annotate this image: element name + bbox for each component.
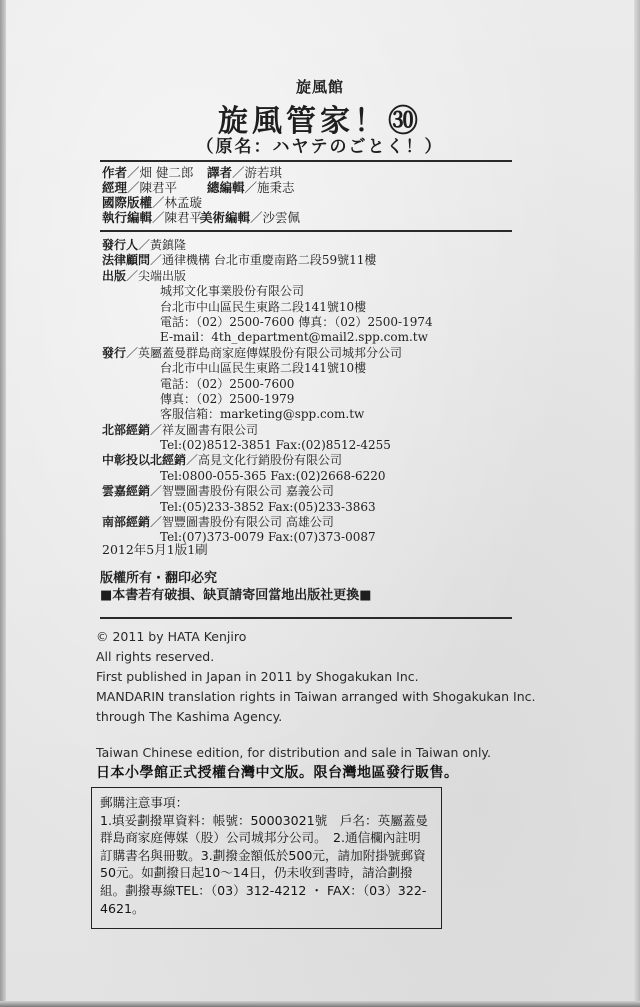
distributor-north: 北部經銷／祥友圖書有限公司 xyxy=(102,423,433,438)
colophon-page: 旋風館 旋風管家！㉚ （原名：ハヤテのごとく！） 作者／畑 健二郎 譯者／游若琪… xyxy=(0,0,640,1007)
distribution-value: 英屬蓋曼群島商家庭傳媒股份有限公司城邦分公司 xyxy=(138,346,402,360)
distributor-value: 智豐圖書股份有限公司 高雄公司 xyxy=(162,515,334,529)
credit-label: 經理 xyxy=(102,180,127,195)
publishing-block: 發行人／黃鎮隆 法律顧問／通律機構 台北市重慶南路二段59號11樓 出版／尖端出… xyxy=(102,238,433,546)
edition-notice-en: Taiwan Chinese edition, for distribution… xyxy=(96,743,491,763)
mail-order-heading: 郵購注意事項： xyxy=(100,794,433,812)
mail-order-box: 郵購注意事項： 1.填妥劃撥單資料：帳號：50003021號 戶名：英屬蓋曼群島… xyxy=(91,787,442,929)
copyright-block: © 2011 by HATA Kenjiro All rights reserv… xyxy=(96,627,535,727)
press-line: 出版／尖端出版 xyxy=(102,269,433,284)
copyright-line: First published in Japan in 2011 by Shog… xyxy=(96,667,535,687)
distribution-address: 台北市中山區民生東路二段141號10樓 xyxy=(102,361,433,376)
press-company: 城邦文化事業股份有限公司 xyxy=(102,284,433,299)
distributor-label: 北部經銷 xyxy=(102,423,150,437)
original-title: （原名：ハヤテのごとく！） xyxy=(0,132,640,157)
distributor-central: 中彰投以北經銷／高見文化行銷股份有限公司 xyxy=(102,453,433,468)
credit-row: 作者／畑 健二郎 譯者／游若琪 xyxy=(102,165,202,180)
credit-row: 執行編輯／陳君平 美術編輯／沙雲佩 xyxy=(102,210,202,225)
distributor-contact: Tel:(05)233-3852 Fax:(05)233-3863 xyxy=(102,500,433,515)
edition-notice-zh: 日本小學館正式授權台灣中文版。限台灣地區發行販售。 xyxy=(96,763,491,783)
credit-value: 施秉志 xyxy=(257,180,295,195)
distributor-value: 高見文化行銷股份有限公司 xyxy=(198,453,342,467)
credit-value: 畑 健二郎 xyxy=(140,165,194,180)
copyright-line: © 2011 by HATA Kenjiro xyxy=(96,627,535,647)
press-email: E-mail：4th_department@mail2.spp.com.tw xyxy=(102,330,433,345)
distributor-south: 南部經銷／智豐圖書股份有限公司 高雄公司 xyxy=(102,515,433,530)
credit-value: 林孟璇 xyxy=(165,195,203,210)
credit-row: 經理／陳君平 總編輯／施秉志 xyxy=(102,180,202,195)
distribution-line: 發行／英屬蓋曼群島商家庭傳媒股份有限公司城邦分公司 xyxy=(102,346,433,361)
press-value: 尖端出版 xyxy=(138,269,186,283)
distribution-label: 發行 xyxy=(102,346,126,360)
distributor-yunjia: 雲嘉經銷／智豐圖書股份有限公司 嘉義公司 xyxy=(102,484,433,499)
press-label: 出版 xyxy=(102,269,126,283)
distributor-contact: Tel:(02)8512-3851 Fax:(02)8512-4255 xyxy=(102,438,433,453)
press-phone-fax: 電話：（02）2500-7600 傳真：（02）2500-1974 xyxy=(102,315,433,330)
page-bottom-edge xyxy=(0,1001,640,1007)
legal-label: 法律顧問 xyxy=(102,253,150,267)
divider-credits xyxy=(100,230,512,232)
distributor-label: 雲嘉經銷 xyxy=(102,484,150,498)
credit-value: 陳君平 xyxy=(165,210,203,225)
distribution-phone: 電話：（02）2500-7600 xyxy=(102,377,433,392)
rights-reserved: 版權所有・翻印必究 xyxy=(100,570,372,587)
credit-label: 國際版權 xyxy=(102,195,152,210)
publisher-line: 發行人／黃鎮隆 xyxy=(102,238,433,253)
edition-date: 2012年5月1版1刷 xyxy=(102,540,208,558)
legal-line: 法律顧問／通律機構 台北市重慶南路二段59號11樓 xyxy=(102,253,433,268)
press-address: 台北市中山區民生東路二段141號10樓 xyxy=(102,300,433,315)
copyright-line: MANDARIN translation rights in Taiwan ar… xyxy=(96,687,535,707)
replacement-notice: ■本書若有破損、缺頁請寄回當地出版社更換■ xyxy=(100,587,372,604)
credit-value: 游若琪 xyxy=(245,165,283,180)
credit-row: 國際版權／林孟璇 xyxy=(102,195,202,210)
brand-label: 旋風館 xyxy=(0,76,640,97)
distributor-label: 南部經銷 xyxy=(102,515,150,529)
distribution-fax: 傳真：（02）2500-1979 xyxy=(102,392,433,407)
publisher-value: 黃鎮隆 xyxy=(150,238,186,252)
credit-label: 美術編輯 xyxy=(200,210,250,225)
credit-value: 沙雲佩 xyxy=(263,210,301,225)
credit-value: 陳君平 xyxy=(140,180,178,195)
distributor-contact: Tel:0800-055-365 Fax:(02)2668-6220 xyxy=(102,469,433,484)
distributor-value: 智豐圖書股份有限公司 嘉義公司 xyxy=(162,484,334,498)
legal-value: 通律機構 台北市重慶南路二段59號11樓 xyxy=(162,253,376,267)
copyright-line: All rights reserved. xyxy=(96,647,535,667)
credits-block: 作者／畑 健二郎 譯者／游若琪 經理／陳君平 總編輯／施秉志 國際版權／林孟璇 … xyxy=(102,165,202,225)
distributor-value: 祥友圖書有限公司 xyxy=(162,423,258,437)
copyright-line: through The Kashima Agency. xyxy=(96,707,535,727)
divider-top xyxy=(100,160,512,162)
credit-label: 總編輯 xyxy=(207,180,245,195)
mail-order-body: 1.填妥劃撥單資料：帳號：50003021號 戶名：英屬蓋曼群島商家庭傳媒（股）… xyxy=(100,812,433,918)
credit-label: 執行編輯 xyxy=(102,210,152,225)
divider-rights xyxy=(100,617,512,619)
rights-notice: 版權所有・翻印必究 ■本書若有破損、缺頁請寄回當地出版社更換■ xyxy=(100,570,372,604)
credit-label: 作者 xyxy=(102,165,127,180)
edition-notice: Taiwan Chinese edition, for distribution… xyxy=(96,743,491,783)
credit-label: 譯者 xyxy=(207,165,232,180)
distributor-label: 中彰投以北經銷 xyxy=(102,453,186,467)
publisher-label: 發行人 xyxy=(102,238,138,252)
distribution-service-email: 客服信箱：marketing@spp.com.tw xyxy=(102,407,433,422)
